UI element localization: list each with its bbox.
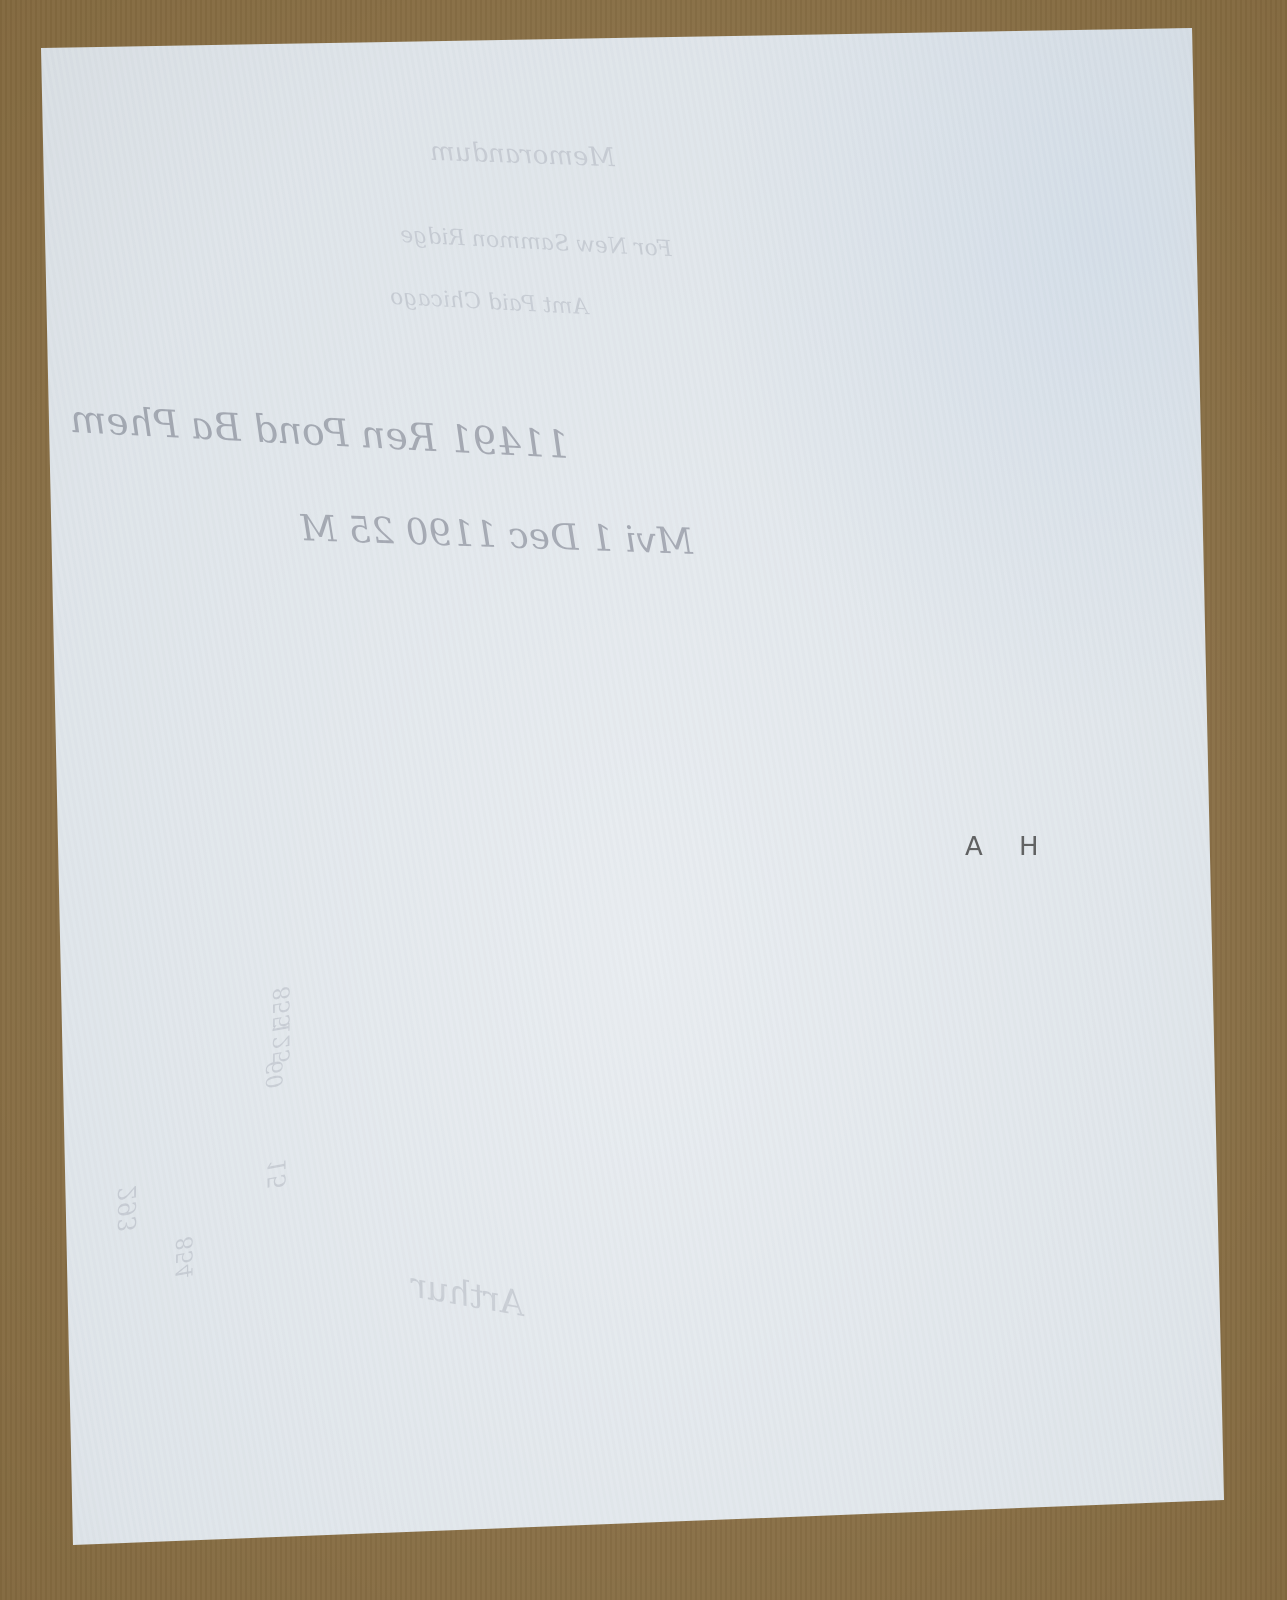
bleed-line-amt: Amt Paid Chicago	[389, 285, 588, 320]
bleed-number-1: 855	[271, 987, 296, 1029]
bleed-number-6: 854	[174, 1237, 199, 1279]
bleed-line-memorandum: Memorandum	[430, 137, 616, 173]
bleed-line-for: For New Sammon Ridge	[400, 223, 673, 262]
bleed-number-4: 15	[263, 1159, 291, 1190]
bleed-number-3: 60	[264, 1061, 289, 1089]
bleed-line-2: Mvi 1 Dec 1190 25 M	[299, 508, 694, 563]
document-paper: Memorandum For New Sammon Ridge Amt Paid…	[0, 0, 1287, 1600]
bleed-number-5: 293	[114, 1186, 142, 1232]
bleed-line-1: 11491 Ren Pond Ba Phem	[69, 397, 570, 467]
bleed-signature: Arthur	[407, 1265, 527, 1324]
pencil-initials: A H	[965, 832, 1053, 862]
bleed-number-2: 125	[271, 1022, 296, 1064]
